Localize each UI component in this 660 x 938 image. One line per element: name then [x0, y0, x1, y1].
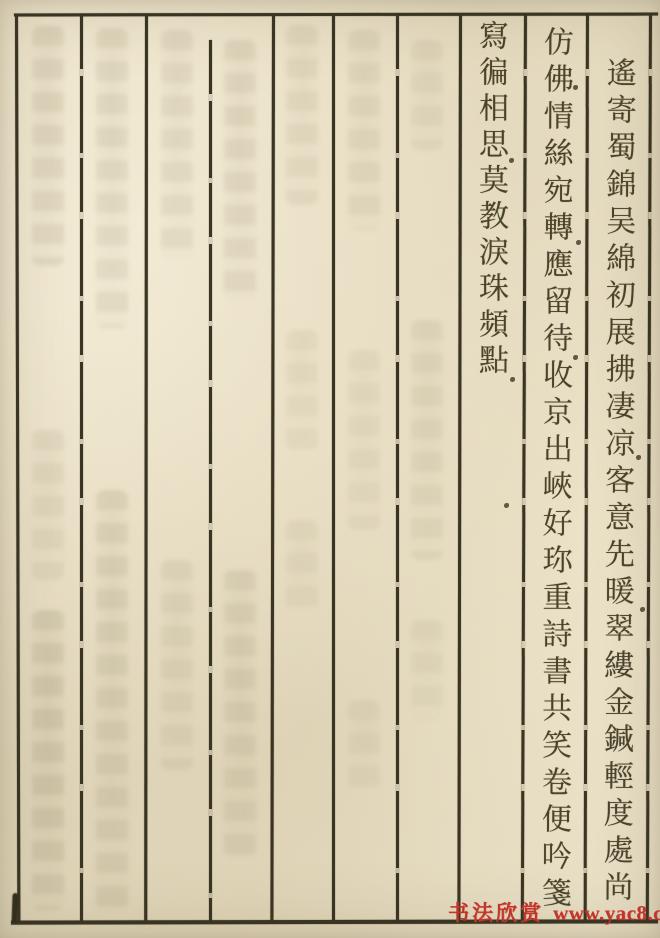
watermark-site-name: 书法欣赏	[448, 901, 544, 925]
column-rule	[209, 40, 212, 922]
watermark-url: www.yac8.com	[553, 901, 660, 925]
column-rule	[144, 15, 148, 922]
manuscript-page: 遙寄蜀錦吴綿初展拂凄凉客意先暖翠縷金鍼輕度處尚 仿佛情絲宛轉應留待收京出峽好珎重…	[0, 0, 660, 938]
column-rule	[80, 15, 83, 922]
bleedthrough-smudge	[32, 430, 64, 580]
bleedthrough-smudge	[96, 28, 128, 328]
emphasis-dot	[504, 503, 509, 508]
bleedthrough-smudge	[32, 610, 64, 910]
bleedthrough-smudge	[411, 620, 443, 720]
emphasis-dot	[510, 377, 515, 382]
emphasis-dot	[576, 240, 581, 245]
bleedthrough-smudge	[348, 30, 380, 230]
column-rule	[332, 15, 335, 922]
bleedthrough-smudge	[96, 490, 128, 910]
bleedthrough-smudge	[286, 25, 318, 205]
bleedthrough-smudge	[161, 30, 193, 260]
bleedthrough-smudge	[286, 520, 318, 610]
bleedthrough-smudge	[161, 560, 193, 770]
frame-top-border	[14, 13, 658, 17]
column-rule	[396, 15, 399, 922]
bleedthrough-smudge	[224, 570, 256, 860]
emphasis-dot	[509, 158, 514, 163]
poem-column-1: 遙寄蜀錦吴綿初展拂凄凉客意先暖翠縷金鍼輕度處尚	[596, 57, 636, 908]
bleedthrough-smudge	[348, 700, 380, 790]
poem-column-2: 仿佛情絲宛轉應留待收京出峽好珎重詩書共笑卷便吟箋	[535, 26, 573, 914]
column-rule	[15, 15, 20, 922]
poem-column-3: 寫徧相思莫教淚珠頻點	[472, 20, 508, 380]
bleedthrough-smudge	[286, 330, 318, 450]
watermark: 书法欣赏 www.yac8.com	[448, 901, 658, 925]
column-rule	[646, 15, 652, 922]
emphasis-dot	[636, 455, 641, 460]
column-rule	[457, 15, 462, 922]
ink-blot	[11, 893, 18, 923]
column-rule	[584, 15, 589, 922]
bleedthrough-smudge	[224, 40, 256, 300]
emphasis-dot	[573, 85, 578, 90]
bleedthrough-smudge	[411, 320, 443, 560]
emphasis-dot	[640, 607, 645, 612]
column-rule	[521, 15, 527, 922]
bleedthrough-smudge	[348, 350, 380, 530]
bleedthrough-smudge	[411, 40, 443, 150]
column-rule	[270, 15, 275, 922]
bleedthrough-smudge	[32, 26, 64, 266]
emphasis-dot	[573, 355, 578, 360]
